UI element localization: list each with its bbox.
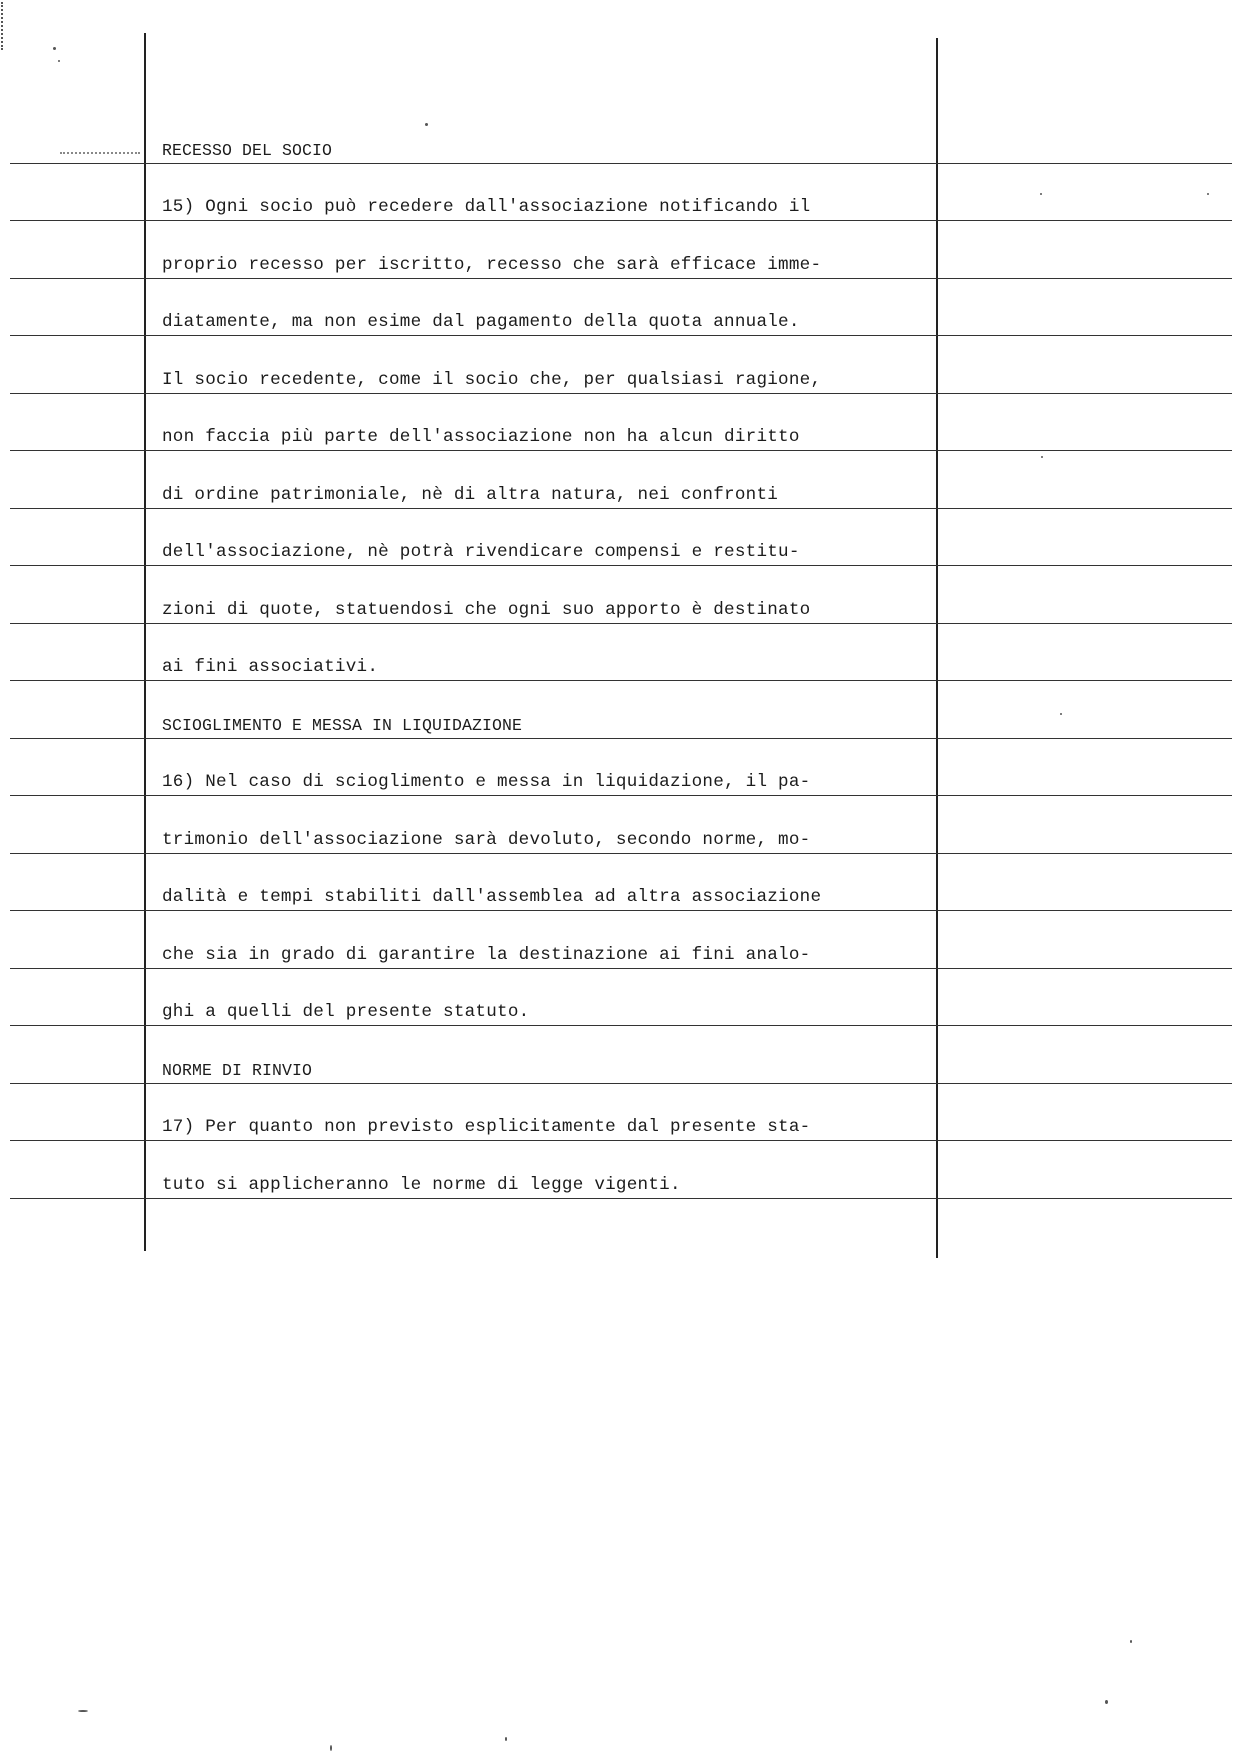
text-line: zioni di quote, statuendosi che ogni suo… xyxy=(0,566,1242,624)
text-line: 16) Nel caso di scioglimento e messa in … xyxy=(0,739,1242,797)
section-heading-norme-di-rinvio: NORME DI RINVIO xyxy=(0,1026,1242,1084)
heading-text: SCIOGLIMENTO E MESSA IN LIQUIDAZIONE xyxy=(162,716,934,735)
line-text: zioni di quote, statuendosi che ogni suo… xyxy=(162,600,934,620)
section-heading-scioglimento: SCIOGLIMENTO E MESSA IN LIQUIDAZIONE xyxy=(0,681,1242,739)
text-line: ai fini associativi. xyxy=(0,624,1242,682)
text-line: dell'associazione, nè potrà rivendicare … xyxy=(0,509,1242,567)
scan-speck xyxy=(78,1710,88,1712)
line-text: proprio recesso per iscritto, recesso ch… xyxy=(162,255,934,275)
text-line: non faccia più parte dell'associazione n… xyxy=(0,394,1242,452)
ruled-text-lines: RECESSO DEL SOCIO 15) Ogni socio può rec… xyxy=(0,106,1242,1199)
line-text: Il socio recedente, come il socio che, p… xyxy=(162,370,934,390)
text-line: Il socio recedente, come il socio che, p… xyxy=(0,336,1242,394)
scan-speck xyxy=(53,47,56,50)
line-text: tuto si applicheranno le norme di legge … xyxy=(162,1175,934,1195)
text-line: ghi a quelli del presente statuto. xyxy=(0,969,1242,1027)
heading-text: NORME DI RINVIO xyxy=(162,1061,934,1080)
line-text: di ordine patrimoniale, nè di altra natu… xyxy=(162,485,934,505)
scan-speck xyxy=(58,60,60,62)
scan-speck xyxy=(505,1737,507,1741)
scanned-statute-page: RECESSO DEL SOCIO 15) Ogni socio può rec… xyxy=(0,0,1242,1753)
text-line: diatamente, ma non esime dal pagamento d… xyxy=(0,279,1242,337)
heading-text: RECESSO DEL SOCIO xyxy=(162,141,934,160)
text-line: di ordine patrimoniale, nè di altra natu… xyxy=(0,451,1242,509)
text-line: 15) Ogni socio può recedere dall'associa… xyxy=(0,164,1242,222)
line-text: ai fini associativi. xyxy=(162,657,934,677)
scan-speck xyxy=(1060,713,1062,715)
scan-speck xyxy=(1105,1700,1108,1704)
line-text: trimonio dell'associazione sarà devoluto… xyxy=(162,830,934,850)
line-text: dalità e tempi stabiliti dall'assemblea … xyxy=(162,887,934,907)
scan-speck xyxy=(1040,193,1042,195)
line-text: 16) Nel caso di scioglimento e messa in … xyxy=(162,772,934,792)
scan-speck xyxy=(425,123,428,126)
ruled-line xyxy=(10,1198,1232,1199)
line-text: non faccia più parte dell'associazione n… xyxy=(162,427,934,447)
scan-edge-marks xyxy=(1,2,5,50)
line-text: dell'associazione, nè potrà rivendicare … xyxy=(162,542,934,562)
text-line: trimonio dell'associazione sarà devoluto… xyxy=(0,796,1242,854)
text-line: proprio recesso per iscritto, recesso ch… xyxy=(0,221,1242,279)
text-line: che sia in grado di garantire la destina… xyxy=(0,911,1242,969)
scan-speck xyxy=(1207,193,1209,195)
scan-speck xyxy=(330,1745,332,1751)
line-text: ghi a quelli del presente statuto. xyxy=(162,1002,934,1022)
text-line: dalità e tempi stabiliti dall'assemblea … xyxy=(0,854,1242,912)
line-text: che sia in grado di garantire la destina… xyxy=(162,945,934,965)
text-line: 17) Per quanto non previsto esplicitamen… xyxy=(0,1084,1242,1142)
line-text: 17) Per quanto non previsto esplicitamen… xyxy=(162,1117,934,1137)
scan-speck xyxy=(1130,1640,1132,1643)
line-text: 15) Ogni socio può recedere dall'associa… xyxy=(162,197,934,217)
section-heading-recesso: RECESSO DEL SOCIO xyxy=(0,106,1242,164)
scan-speck xyxy=(1041,456,1043,458)
text-line: tuto si applicheranno le norme di legge … xyxy=(0,1141,1242,1199)
line-text: diatamente, ma non esime dal pagamento d… xyxy=(162,312,934,332)
